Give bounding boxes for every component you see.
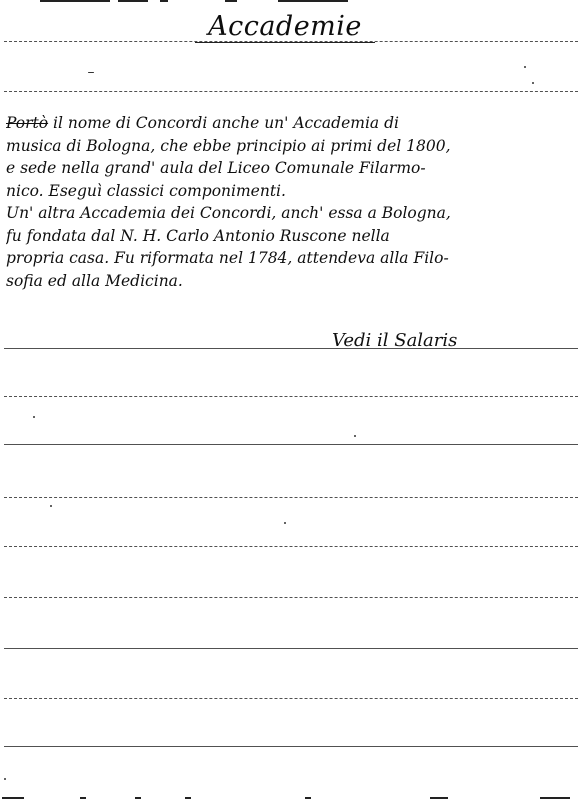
body-line: propria casa. Fu riformata nel 1784, att…: [6, 247, 576, 270]
ruled-line: [4, 546, 578, 547]
scan-speck: [354, 435, 356, 437]
scan-speck: [50, 505, 52, 507]
ruled-line: [4, 41, 578, 42]
ruled-line: [4, 497, 578, 498]
scan-speck: [524, 66, 526, 68]
index-card-page: Accademie Portò il nome di Concordi anch…: [0, 0, 580, 800]
line-text: sofia ed alla Medicina.: [6, 272, 183, 290]
card-heading: Accademie: [195, 12, 375, 43]
ruled-line: [4, 746, 578, 747]
scan-top-edge: [0, 0, 580, 4]
body-line: e sede nella grand' aula del Liceo Comun…: [6, 157, 576, 180]
ruled-line: [4, 348, 578, 349]
line-text: musica di Bologna, che ebbe principio ai…: [6, 137, 451, 155]
reference-note: Vedi il Salaris: [332, 330, 457, 351]
scan-speck: [284, 522, 286, 524]
ruled-line: [4, 91, 578, 92]
line-text: fu fondata dal N. H. Carlo Antonio Rusco…: [6, 227, 390, 245]
line-text: il nome di Concordi anche un' Accademia …: [53, 114, 399, 132]
scan-bottom-edge: [0, 794, 580, 800]
struck-word: Portò: [6, 114, 48, 132]
body-line: nico. Eseguì classici componimenti.: [6, 180, 576, 203]
scan-speck: [88, 72, 94, 73]
scan-speck: [532, 82, 534, 84]
body-line: Un' altra Accademia dei Concordi, anch' …: [6, 202, 576, 225]
ruled-line: [4, 648, 578, 649]
body-line: fu fondata dal N. H. Carlo Antonio Rusco…: [6, 225, 576, 248]
body-line: musica di Bologna, che ebbe principio ai…: [6, 135, 576, 158]
scan-speck: [4, 778, 6, 780]
line-text: propria casa. Fu riformata nel 1784, att…: [6, 249, 449, 267]
ruled-line: [4, 698, 578, 699]
body-line: Portò il nome di Concordi anche un' Acca…: [6, 112, 576, 135]
line-text: e sede nella grand' aula del Liceo Comun…: [6, 159, 426, 177]
scan-speck: [33, 416, 35, 418]
line-text: nico. Eseguì classici componimenti.: [6, 182, 286, 200]
ruled-line: [4, 444, 578, 445]
ruled-line: [4, 597, 578, 598]
ruled-line: [4, 396, 578, 397]
body-line: sofia ed alla Medicina.: [6, 270, 576, 293]
card-body: Portò il nome di Concordi anche un' Acca…: [6, 112, 576, 292]
line-text: Un' altra Accademia dei Concordi, anch' …: [6, 204, 451, 222]
